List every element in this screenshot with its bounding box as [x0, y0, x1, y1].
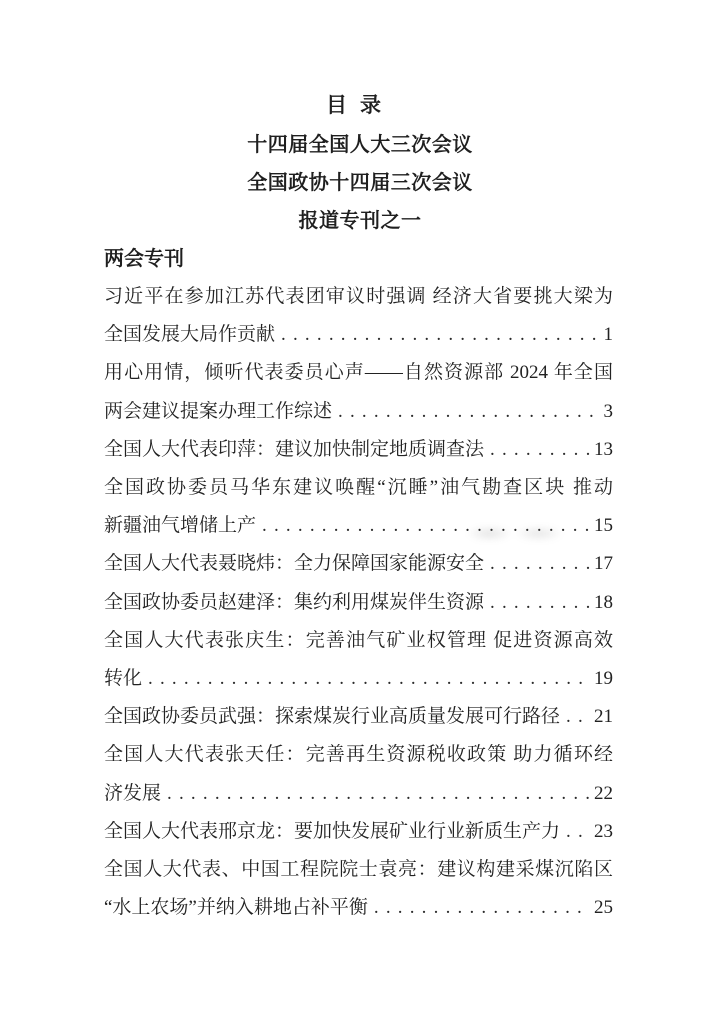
dot-leader: ........................................…: [256, 507, 590, 545]
page-number: 19: [590, 660, 613, 698]
dot-leader: ........................................…: [332, 393, 599, 431]
dot-leader: ........................................…: [560, 813, 590, 851]
toc-line: 习近平在参加江苏代表团审议时强调 经济大省要挑大梁为: [104, 278, 613, 316]
page-number: 1: [600, 316, 614, 354]
dot-leader: ........................................…: [161, 775, 590, 813]
toc-line-text: 全国人大代表张天任：完善再生资源税收政策 助力循环经: [104, 736, 613, 774]
page-number: 22: [590, 775, 613, 813]
dot-leader: ........................................…: [484, 584, 590, 622]
toc-list: 习近平在参加江苏代表团审议时强调 经济大省要挑大梁为 全国发展大局作贡献 ...…: [0, 278, 720, 927]
toc-line: 全国人大代表、中国工程院院士袁亮：建议构建采煤沉陷区: [104, 851, 613, 889]
document-page: 目录 十四届全国人大三次会议 全国政协十四届三次会议 报道专刊之一 两会专刊 习…: [0, 0, 720, 1018]
dot-leader: ........................................…: [142, 660, 590, 698]
toc-line-text: 全国人大代表张庆生：完善油气矿业权管理 促进资源高效: [104, 622, 613, 660]
toc-line-text: 转化: [104, 660, 142, 698]
toc-line-text: 习近平在参加江苏代表团审议时强调 经济大省要挑大梁为: [104, 278, 613, 316]
toc-line: 全国政协委员武强：探索煤炭行业高质量发展可行路径 ...............…: [104, 698, 613, 736]
toc-line-text: 全国人大代表、中国工程院院士袁亮：建议构建采煤沉陷区: [104, 851, 613, 889]
toc-line-text: 全国政协委员赵建泽：集约利用煤炭伴生资源: [104, 584, 484, 622]
toc-line: 新疆油气增储上产 ...............................…: [104, 507, 613, 545]
toc-line-text: “水上农场”并纳入耕地占补平衡: [104, 889, 368, 927]
toc-line: 全国政协委员马华东建议唤醒“沉睡”油气勘查区块 推动: [104, 469, 613, 507]
dot-leader: ........................................…: [560, 698, 590, 736]
subtitle-line-cppcc: 全国政协十四届三次会议: [0, 164, 720, 202]
toc-line-text: 用心用情，倾听代表委员心声——自然资源部 2024 年全国: [104, 354, 613, 392]
toc-line-text: 两会建议提案办理工作综述: [104, 393, 332, 431]
toc-line-text: 全国政协委员马华东建议唤醒“沉睡”油气勘查区块 推动: [104, 469, 613, 507]
toc-line: 全国政协委员赵建泽：集约利用煤炭伴生资源 ...................…: [104, 584, 613, 622]
page-number: 3: [600, 393, 614, 431]
toc-line: 全国人大代表印萍：建议加快制定地质调查法 ...................…: [104, 431, 613, 469]
toc-line-text: 全国发展大局作贡献: [104, 316, 275, 354]
toc-line: 全国人大代表聂晓炜：全力保障国家能源安全 ...................…: [104, 545, 613, 583]
toc-line: 两会建议提案办理工作综述 ...........................…: [104, 393, 613, 431]
page-number: 17: [590, 545, 613, 583]
toc-line: 全国人大代表张天任：完善再生资源税收政策 助力循环经: [104, 736, 613, 774]
page-number: 25: [590, 889, 613, 927]
page-number: 21: [590, 698, 613, 736]
dot-leader: ........................................…: [484, 431, 590, 469]
page-number: 18: [590, 584, 613, 622]
toc-line: 济发展 ....................................…: [104, 775, 613, 813]
toc-line: 转化 .....................................…: [104, 660, 613, 698]
toc-line-text: 全国政协委员武强：探索煤炭行业高质量发展可行路径: [104, 698, 560, 736]
toc-line-text: 济发展: [104, 775, 161, 813]
dot-leader: ........................................…: [275, 316, 599, 354]
page-title: 目录: [0, 86, 720, 126]
section-heading: 两会专刊: [0, 240, 720, 278]
toc-line-text: 全国人大代表邢京龙：要加快发展矿业行业新质生产力: [104, 813, 560, 851]
dot-leader: ........................................…: [484, 545, 590, 583]
document-header: 目录 十四届全国人大三次会议 全国政协十四届三次会议 报道专刊之一: [0, 0, 720, 240]
toc-line: 全国发展大局作贡献 ..............................…: [104, 316, 613, 354]
toc-line: 用心用情，倾听代表委员心声——自然资源部 2024 年全国: [104, 354, 613, 392]
page-number: 13: [590, 431, 613, 469]
page-number: 23: [590, 813, 613, 851]
toc-line: 全国人大代表张庆生：完善油气矿业权管理 促进资源高效: [104, 622, 613, 660]
subtitle-line-npc: 十四届全国人大三次会议: [0, 126, 720, 164]
dot-leader: ........................................…: [368, 889, 590, 927]
toc-line: “水上农场”并纳入耕地占补平衡 ........................…: [104, 889, 613, 927]
toc-line-text: 全国人大代表聂晓炜：全力保障国家能源安全: [104, 545, 484, 583]
page-number: 15: [590, 507, 613, 545]
toc-line-text: 全国人大代表印萍：建议加快制定地质调查法: [104, 431, 484, 469]
subtitle-line-issue: 报道专刊之一: [0, 202, 720, 240]
toc-line-text: 新疆油气增储上产: [104, 507, 256, 545]
toc-line: 全国人大代表邢京龙：要加快发展矿业行业新质生产力 ...............…: [104, 813, 613, 851]
